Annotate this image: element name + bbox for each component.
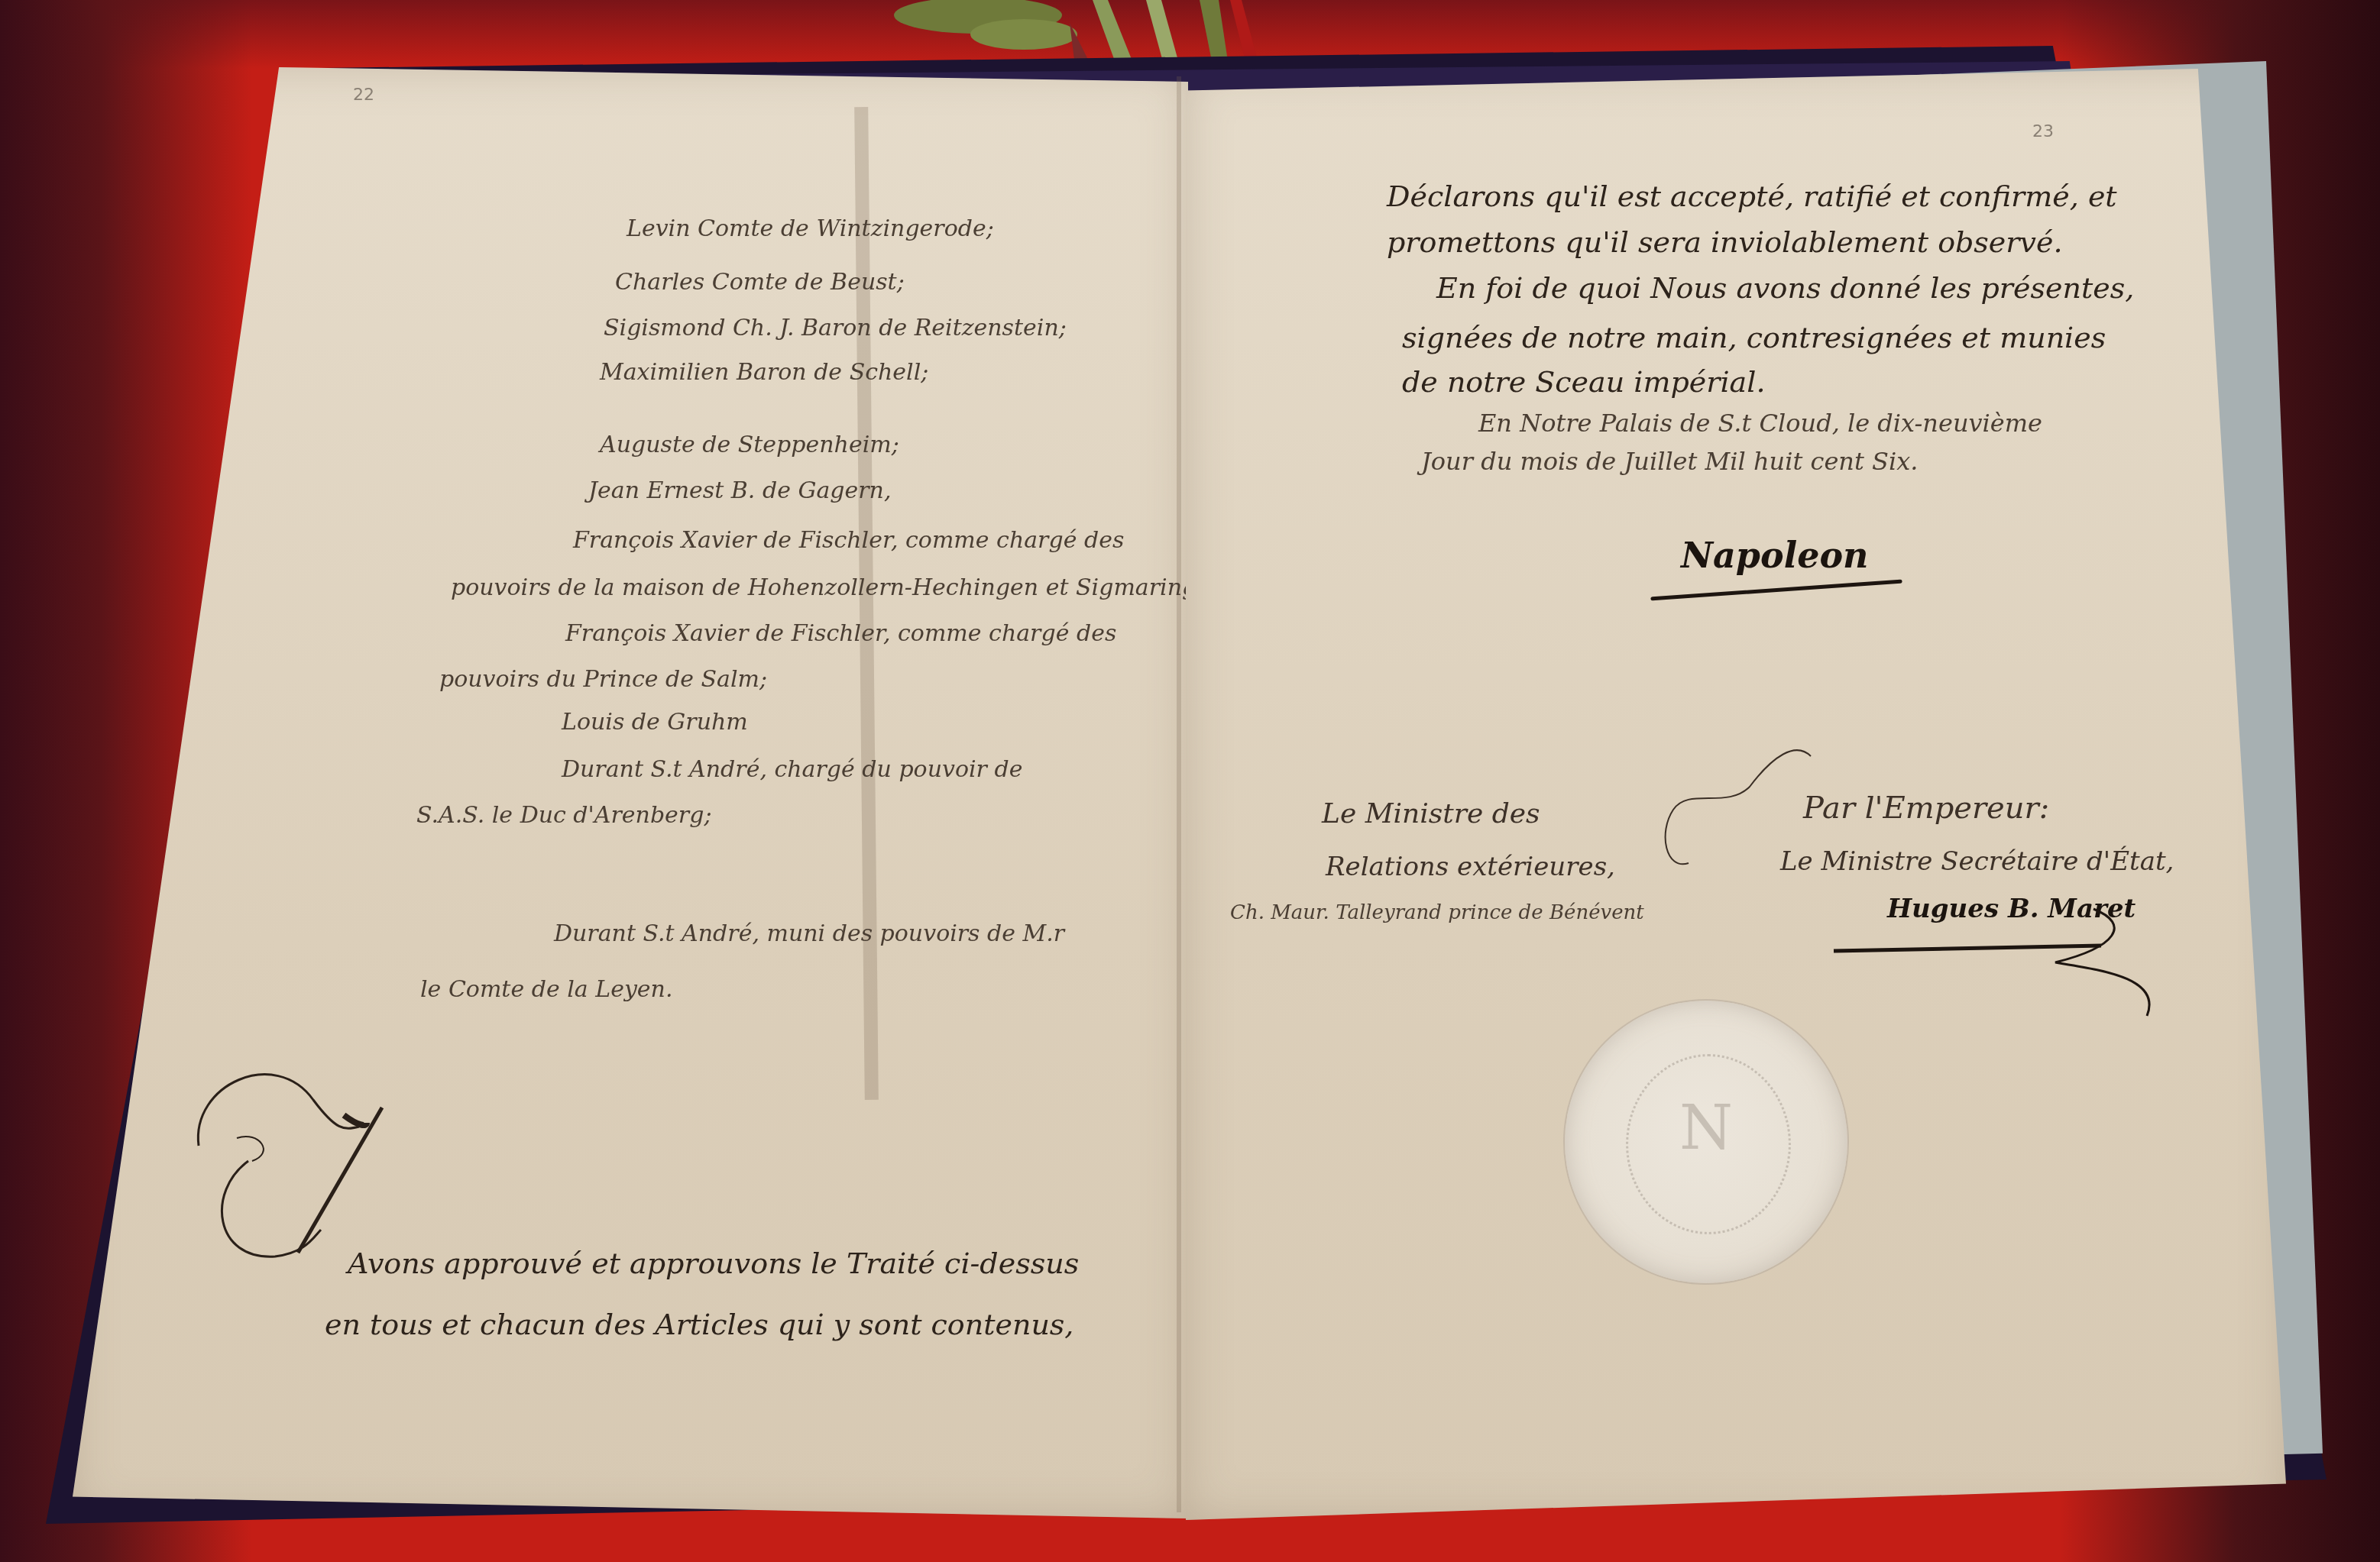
- page-number-left: 22: [353, 86, 374, 105]
- plenipotentiary-line: François Xavier de Fischler, comme charg…: [565, 620, 1116, 647]
- plenipotentiary-line: Sigismond Ch. J. Baron de Reitzenstein;: [604, 315, 1067, 341]
- plenipotentiary-line: Levin Comte de Wintzingerode;: [627, 215, 994, 242]
- ratification-line: Déclarons qu'il est accepté, ratifié et …: [1387, 179, 2117, 213]
- page-number-right: 23: [2032, 122, 2054, 141]
- plenipotentiary-line: Jean Ernest B. de Gagern,: [588, 477, 891, 504]
- approval-line: en tous et chacun des Articles qui y son…: [325, 1308, 1073, 1341]
- plenipotentiary-line: Auguste de Steppenheim;: [600, 432, 899, 458]
- gutter-fold: [1177, 76, 1181, 1512]
- plenipotentiary-line: S.A.S. le Duc d'Arenberg;: [416, 802, 712, 829]
- plenipotentiary-line: Maximilien Baron de Schell;: [600, 359, 928, 386]
- talleyrand-signature: Ch. Maur. Talleyrand prince de Bénévent: [1230, 901, 1644, 924]
- plenipotentiary-line: pouvoirs de la maison de Hohenzollern-He…: [451, 574, 1232, 601]
- minister-title-line: Le Ministre des: [1322, 798, 1540, 830]
- date-line: Jour du mois de Juillet Mil huit cent Si…: [1421, 447, 1918, 476]
- seal-monogram: N: [1565, 1092, 1847, 1163]
- plenipotentiary-line: Durant S.t André, muni des pouvoirs de M…: [554, 920, 1064, 947]
- imperial-seal: N: [1565, 1001, 1847, 1283]
- napoleon-signature: Napoleon: [1681, 535, 1869, 576]
- ratification-line: En foi de quoi Nous avons donné les prés…: [1436, 271, 2134, 305]
- ratification-line: promettons qu'il sera inviolablement obs…: [1387, 225, 2063, 259]
- plenipotentiary-line: pouvoirs du Prince de Salm;: [439, 666, 767, 693]
- plenipotentiary-line: Louis de Gruhm: [562, 709, 748, 736]
- plenipotentiary-line: François Xavier de Fischler, comme charg…: [573, 527, 1124, 554]
- ratification-line: signées de notre main, contresignées et …: [1402, 321, 2106, 354]
- maret-flourish: [1826, 901, 2170, 1024]
- plenipotentiary-line: Durant S.t André, chargé du pouvoir de: [562, 756, 1022, 783]
- plenipotentiary-line: Charles Comte de Beust;: [615, 269, 905, 296]
- plenipotentiary-line: le Comte de la Leyen.: [420, 976, 672, 1003]
- ratification-line: de notre Sceau impérial.: [1402, 365, 1765, 399]
- date-line: En Notre Palais de S.t Cloud, le dix-neu…: [1478, 409, 2042, 438]
- par-lempereur: Par l'Empereur:: [1803, 791, 2049, 826]
- minister-title-line: Relations extérieures,: [1326, 852, 1615, 882]
- secretary-title: Le Ministre Secrétaire d'État,: [1780, 846, 2174, 877]
- approval-line: Avons approuvé et approuvons le Traité c…: [348, 1247, 1079, 1280]
